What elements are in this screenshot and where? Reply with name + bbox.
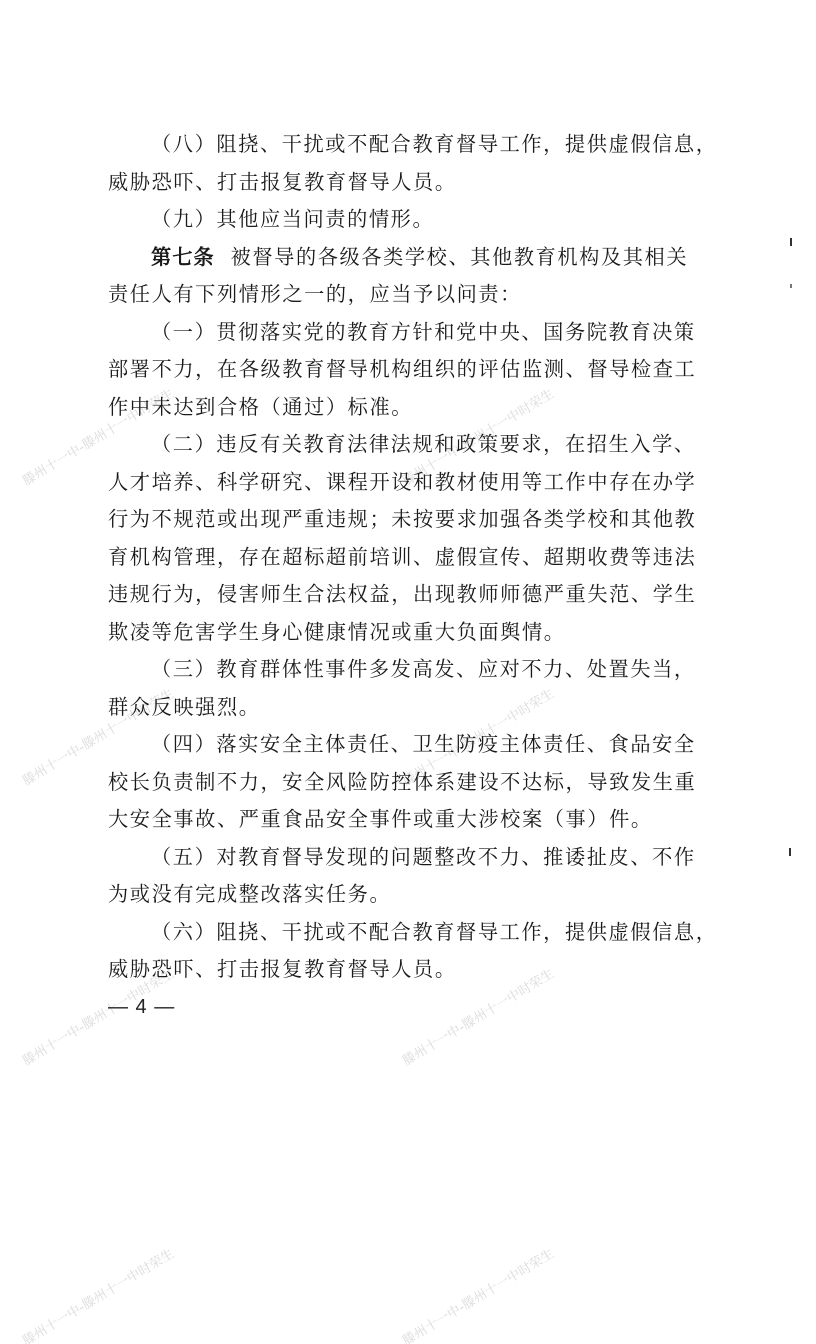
text-segment: 被督导的各级各类学校、其他教育机构及其相关 xyxy=(231,245,689,269)
text-line: （五）对教育督导发现的问题整改不力、推诿扯皮、不作 xyxy=(108,839,678,877)
paragraph-art7-item-1: （一）贯彻落实党的教育方针和党中央、国务院教育决策 xyxy=(108,314,678,352)
text-line: 育机构管理，存在超标超前培训、虚假宣传、超期收费等违法 xyxy=(108,539,678,577)
text-line: （六）阻挠、干扰或不配合教育督导工作，提供虚假信息， xyxy=(108,914,678,952)
paragraph-art7-item-2-cont: 人才培养、科学研究、课程开设和教材使用等工作中存在办学 行为不规范或出现严重违规… xyxy=(108,464,678,652)
watermark: 滕州十一中-滕州十一中时荣生 xyxy=(398,1243,557,1344)
paragraph-art7-item-5-cont: 为或没有完成整改落实任务。 xyxy=(108,876,678,914)
paragraph-art7-item-5: （五）对教育督导发现的问题整改不力、推诿扯皮、不作 xyxy=(108,839,678,877)
watermark: 滕州十一中-滕州十一中时荣生 xyxy=(18,1243,177,1344)
paragraph-art7-item-3: （三）教育群体性事件多发高发、应对不力、处置失当， xyxy=(108,651,678,689)
scan-mark xyxy=(790,284,792,288)
paragraph-art7-item-6-cont: 威胁恐吓、打击报复教育督导人员。 xyxy=(108,951,678,989)
paragraph-art7-item-4: （四）落实安全主体责任、卫生防疫主体责任、食品安全 xyxy=(108,726,678,764)
page-number: — 4 — xyxy=(108,996,175,1019)
text-line: 部署不力，在各级教育督导机构组织的评估监测、督导检查工 xyxy=(108,351,678,389)
scan-mark xyxy=(790,238,792,246)
text-line: （八）阻挠、干扰或不配合教育督导工作，提供虚假信息， xyxy=(108,126,678,164)
document-page: 滕州十一中-滕州十一中时荣生 滕州十一中-滕州十一中时荣生 滕州十一中-滕州十一… xyxy=(0,0,816,1344)
text-line: 人才培养、科学研究、课程开设和教材使用等工作中存在办学 xyxy=(108,464,678,502)
text-line: （九）其他应当问责的情形。 xyxy=(108,201,678,239)
text-line: （三）教育群体性事件多发高发、应对不力、处置失当， xyxy=(108,651,678,689)
text-line: （四）落实安全主体责任、卫生防疫主体责任、食品安全 xyxy=(108,726,678,764)
paragraph-art7-item-6: （六）阻挠、干扰或不配合教育督导工作，提供虚假信息， xyxy=(108,914,678,952)
text-line: 校长负责制不力，安全风险防控体系建设不达标，导致发生重 xyxy=(108,764,678,802)
paragraph-article-7-cont: 责任人有下列情形之一的，应当予以问责： xyxy=(108,276,678,314)
text-line: 违规行为，侵害师生合法权益，出现教师师德严重失范、学生 xyxy=(108,576,678,614)
paragraph-item-8: （八）阻挠、干扰或不配合教育督导工作，提供虚假信息， xyxy=(108,126,678,164)
text-line: 欺凌等危害学生身心健康情况或重大负面舆情。 xyxy=(108,614,678,652)
text-line: （一）贯彻落实党的教育方针和党中央、国务院教育决策 xyxy=(108,314,678,352)
text-line: 威胁恐吓、打击报复教育督导人员。 xyxy=(108,951,678,989)
text-line: 群众反映强烈。 xyxy=(108,689,678,727)
text-line: 第七条被督导的各级各类学校、其他教育机构及其相关 xyxy=(108,239,678,277)
paragraph-art7-item-4-cont: 校长负责制不力，安全风险防控体系建设不达标，导致发生重 大安全事故、严重食品安全… xyxy=(108,764,678,839)
paragraph-item-9: （九）其他应当问责的情形。 xyxy=(108,201,678,239)
paragraph-art7-item-3-cont: 群众反映强烈。 xyxy=(108,689,678,727)
text-line: （二）违反有关教育法律法规和政策要求，在招生入学、 xyxy=(108,426,678,464)
text-line: 为或没有完成整改落实任务。 xyxy=(108,876,678,914)
text-line: 大安全事故、严重食品安全事件或重大涉校案（事）件。 xyxy=(108,801,678,839)
text-line: 威胁恐吓、打击报复教育督导人员。 xyxy=(108,164,678,202)
paragraph-art7-item-2: （二）违反有关教育法律法规和政策要求，在招生入学、 xyxy=(108,426,678,464)
paragraph-item-8-cont: 威胁恐吓、打击报复教育督导人员。 xyxy=(108,164,678,202)
text-line: 责任人有下列情形之一的，应当予以问责： xyxy=(108,276,678,314)
paragraph-art7-item-1-cont: 部署不力，在各级教育督导机构组织的评估监测、督导检查工 作中未达到合格（通过）标… xyxy=(108,351,678,426)
document-body: （八）阻挠、干扰或不配合教育督导工作，提供虚假信息， 威胁恐吓、打击报复教育督导… xyxy=(108,126,678,989)
scan-mark xyxy=(789,848,791,856)
text-line: 行为不规范或出现严重违规；未按要求加强各类学校和其他教 xyxy=(108,501,678,539)
paragraph-article-7: 第七条被督导的各级各类学校、其他教育机构及其相关 xyxy=(108,239,678,277)
article-heading: 第七条 xyxy=(151,245,215,269)
text-line: 作中未达到合格（通过）标准。 xyxy=(108,389,678,427)
